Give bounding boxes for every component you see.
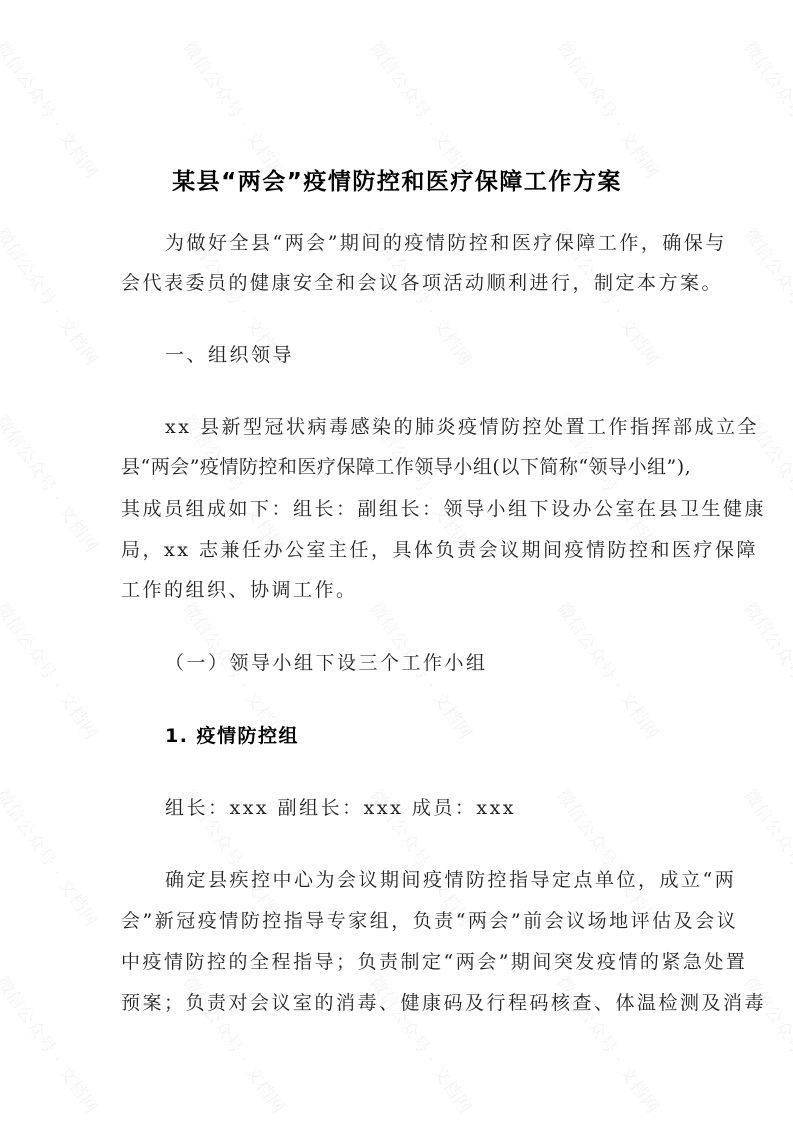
- section-heading-organization: 一、组织领导: [165, 343, 717, 367]
- document-page: 微信公众号 · 文档网微信公众号 · 文档网微信公众号 · 文档网微信公众号 ·…: [0, 0, 793, 1122]
- watermark-text: 微信公众号 · 文档网: [0, 783, 106, 931]
- watermark-text: 微信公众号 · 文档网: [0, 35, 106, 183]
- group-1-line-2: 会”新冠疫情防控指导专家组，负责“两会”前会议场地评估及会议: [121, 909, 673, 933]
- subsection-heading-working-groups: （一）领导小组下设三个工作小组: [165, 651, 717, 675]
- watermark-text: 微信公众号 · 文档网: [366, 35, 480, 183]
- group-1-line-1: 确定县疾控中心为会议期间疫情防控指导定点单位，成立“两: [165, 868, 673, 892]
- intro-line-2: 会代表委员的健康安全和会议各项活动顺利进行，制定本方案。: [121, 271, 673, 295]
- watermark-text: 微信公众号 · 文档网: [553, 35, 667, 183]
- section-1-line-5: 工作的组织、协调工作。: [121, 578, 673, 602]
- watermark-text: 微信公众号 · 文档网: [0, 596, 106, 744]
- group-1-members: 组长：xxx 副组长：xxx 成员：xxx: [165, 796, 717, 820]
- group-1-line-3: 中疫情防控的全程指导；负责制定“两会”期间突发疫情的紧急处置: [121, 950, 673, 974]
- section-1-line-2: 县“两会”疫情防控和医疗保障工作领导小组(以下简称“领导小组”),: [121, 455, 673, 479]
- section-1-line-1: xx 县新型冠状病毒感染的肺炎疫情防控处置工作指挥部成立全: [165, 415, 673, 439]
- document-title: 某县“两会”疫情防控和医疗保障工作方案: [121, 163, 673, 196]
- section-1-line-3: 其成员组成如下：组长：副组长：领导小组下设办公室在县卫生健康: [121, 497, 673, 521]
- section-1-line-4: 局，xx 志兼任办公室主任，具体负责会议期间疫情防控和医疗保障: [121, 538, 673, 562]
- watermark-text: 微信公众号 · 文档网: [740, 596, 793, 744]
- watermark-text: 微信公众号 · 文档网: [179, 35, 293, 183]
- watermark-text: 微信公众号 · 文档网: [740, 222, 793, 370]
- watermark-text: 微信公众号 · 文档网: [0, 970, 106, 1118]
- watermark-text: 微信公众号 · 文档网: [0, 222, 106, 370]
- watermark-text: 微信公众号 · 文档网: [740, 35, 793, 183]
- watermark-text: 微信公众号 · 文档网: [740, 783, 793, 931]
- group-heading-epidemic-control: 1. 疫情防控组: [165, 724, 717, 748]
- intro-line-1: 为做好全县“两会”期间的疫情防控和医疗保障工作，确保与: [165, 231, 673, 255]
- watermark-text: 微信公众号 · 文档网: [0, 409, 106, 557]
- group-1-line-4: 预案；负责对会议室的消毒、健康码及行程码核查、体温检测及消毒: [121, 991, 673, 1015]
